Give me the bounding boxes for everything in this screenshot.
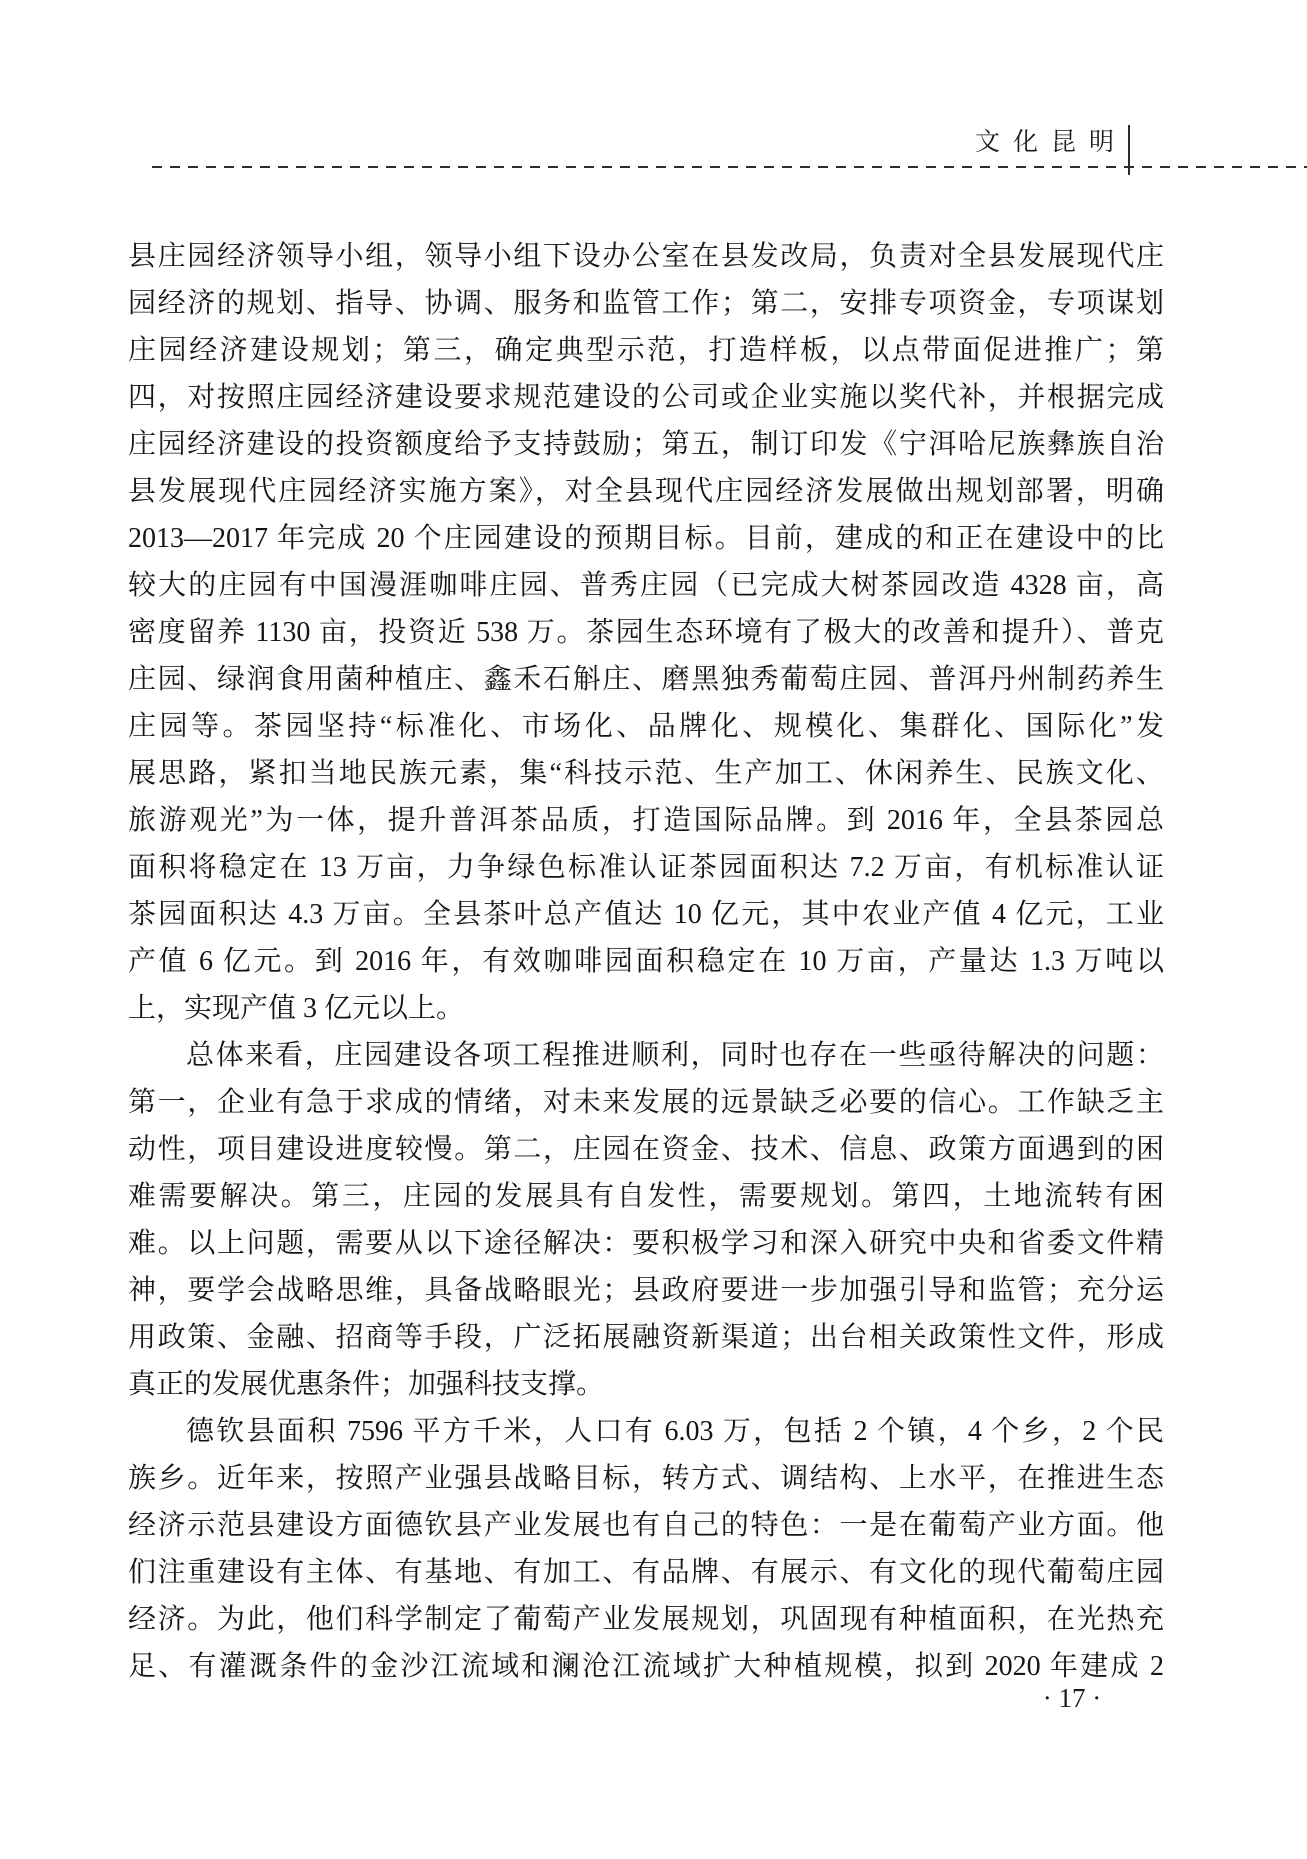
body-line: 2013—2017 年完成 20 个庄园建设的预期目标。目前，建成的和正在建设中… <box>128 515 1164 562</box>
running-head-title: 文化昆明 <box>975 121 1127 165</box>
body-line: 庄园、绿润食用菌种植庄、鑫禾石斛庄、磨黑独秀葡萄庄园、普洱丹州制药养生 <box>128 656 1164 703</box>
body-line: 面积将稳定在 13 万亩，力争绿色标准认证茶园面积达 7.2 万亩，有机标准认证 <box>128 844 1164 891</box>
body-line: 园经济的规划、指导、协调、服务和监管工作；第二，安排专项资金，专项谋划 <box>128 280 1164 327</box>
body-line: 上，实现产值 3 亿元以上。 <box>128 985 1164 1032</box>
body-line: 茶园面积达 4.3 万亩。全县茶叶总产值达 10 亿元，其中农业产值 4 亿元，… <box>128 891 1164 938</box>
body-line: 产值 6 亿元。到 2016 年，有效咖啡园面积稳定在 10 万亩，产量达 1.… <box>128 938 1164 985</box>
book-page: 文化昆明 县庄园经济领导小组，领导小组下设办公室在县发改局，负责对全县发展现代庄… <box>0 0 1307 1859</box>
body-line: 动性，项目建设进度较慢。第二，庄园在资金、技术、信息、政策方面遇到的困 <box>128 1126 1164 1173</box>
body-line: 经济示范县建设方面德钦县产业发展也有自己的特色：一是在葡萄产业方面。他 <box>128 1502 1164 1549</box>
body-line: 用政策、金融、招商等手段，广泛拓展融资新渠道；出台相关政策性文件，形成 <box>128 1314 1164 1361</box>
body-line: 第一，企业有急于求成的情绪，对未来发展的远景缺乏必要的信心。工作缺乏主 <box>128 1079 1164 1126</box>
body-line: 较大的庄园有中国漫涯咖啡庄园、普秀庄园（已完成大树茶园改造 4328 亩，高 <box>128 562 1164 609</box>
body-line: 县发展现代庄园经济实施方案》，对全县现代庄园经济发展做出规划部署，明确 <box>128 468 1164 515</box>
body-line: 真正的发展优惠条件；加强科技支撑。 <box>128 1361 1164 1408</box>
body-line: 难。以上问题，需要从以下途径解决：要积极学习和深入研究中央和省委文件精 <box>128 1220 1164 1267</box>
body-line: 庄园经济建设的投资额度给予支持鼓励；第五，制订印发《宁洱哈尼族彝族自治 <box>128 421 1164 468</box>
body-line: 德钦县面积 7596 平方千米，人口有 6.03 万，包括 2 个镇，4 个乡，… <box>128 1408 1164 1455</box>
body-line: 们注重建设有主体、有基地、有加工、有品牌、有展示、有文化的现代葡萄庄园 <box>128 1549 1164 1596</box>
body-line: 神，要学会战略思维，具备战略眼光；县政府要进一步加强引导和监管；充分运 <box>128 1267 1164 1314</box>
body-line: 族乡。近年来，按照产业强县战略目标，转方式、调结构、上水平，在推进生态 <box>128 1455 1164 1502</box>
body-line: 庄园等。茶园坚持“标准化、市场化、品牌化、规模化、集群化、国际化”发 <box>128 703 1164 750</box>
body-line: 四，对按照庄园经济建设要求规范建设的公司或企业实施以奖代补，并根据完成 <box>128 374 1164 421</box>
body-line: 经济。为此，他们科学制定了葡萄产业发展规划，巩固现有种植面积，在光热充 <box>128 1596 1164 1643</box>
body-line: 庄园经济建设规划；第三，确定典型示范，打造样板，以点带面促进推广；第 <box>128 327 1164 374</box>
body-line: 密度留养 1130 亩，投资近 538 万。茶园生态环境有了极大的改善和提升）、… <box>128 609 1164 656</box>
body-line: 难需要解决。第三，庄园的发展具有自发性，需要规划。第四，土地流转有困 <box>128 1173 1164 1220</box>
body-line: 县庄园经济领导小组，领导小组下设办公室在县发改局，负责对全县发展现代庄 <box>128 233 1164 280</box>
body-line: 总体来看，庄园建设各项工程推进顺利，同时也存在一些亟待解决的问题： <box>128 1032 1164 1079</box>
body-line: 旅游观光”为一体，提升普洱茶品质，打造国际品牌。到 2016 年，全县茶园总 <box>128 797 1164 844</box>
body-text-block: 县庄园经济领导小组，领导小组下设办公室在县发改局，负责对全县发展现代庄 园经济的… <box>128 233 1164 1690</box>
page-number: · 17 · <box>1008 1680 1136 1716</box>
header-dashed-rule <box>152 166 1307 168</box>
body-line: 展思路，紧扣当地民族元素，集“科技示范、生产加工、休闲养生、民族文化、 <box>128 750 1164 797</box>
